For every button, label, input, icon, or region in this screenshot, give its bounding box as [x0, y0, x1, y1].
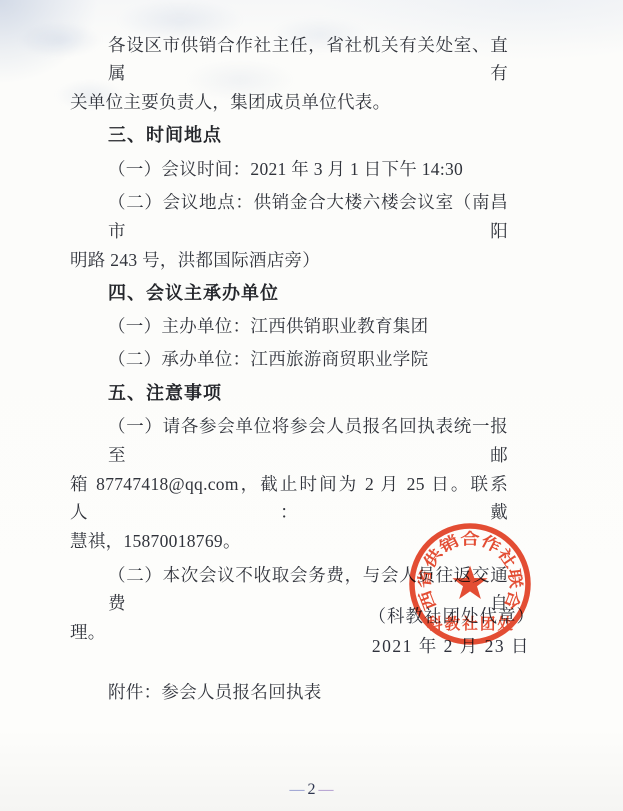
page-number: 2 — [308, 781, 316, 798]
document-line: 附件：参会人员报名回执表 — [70, 678, 508, 707]
document-line: （二）承办单位：江西旅游商贸职业学院 — [70, 345, 508, 374]
footer-dash-right: — — [319, 782, 334, 798]
seal-delegation-note: （科教社团处代章） — [369, 601, 536, 631]
document-line: 各设区市供销合作社主任，省社机关有关处室、直属有 — [70, 31, 508, 89]
section-heading: 五、注意事项 — [70, 379, 508, 408]
document-line: （一）请各参会单位将参会人员报名回执表统一报至邮 — [70, 412, 508, 470]
document-line: 明路 243 号，洪都国际酒店旁） — [70, 246, 508, 275]
document-line: （一）会议时间：2021 年 3 月 1 日下午 14:30 — [70, 155, 508, 184]
section-heading: 四、会议主承办单位 — [70, 279, 508, 308]
section-heading: 三、时间地点 — [70, 121, 508, 150]
signature-date: 2021 年 2 月 23 日 — [369, 631, 531, 661]
document-line: （二）会议地点：供销金合大楼六楼会议室（南昌市阳 — [70, 188, 508, 246]
signature-block: （科教社团处代章） 2021 年 2 月 23 日 — [369, 601, 536, 661]
document-line: 慧祺，15870018769。 — [70, 527, 508, 556]
document-line: 关单位主要负责人，集团成员单位代表。 — [70, 88, 508, 117]
document-line: （一）主办单位：江西供销职业教育集团 — [70, 312, 508, 341]
document-line: 箱 87747418@qq.com，截止时间为 2 月 25 日。联系人：戴 — [70, 470, 508, 528]
scanned-document-page: 各设区市供销合作社主任，省社机关有关处室、直属有关单位主要负责人，集团成员单位代… — [0, 0, 623, 811]
page-footer: —2— — [0, 782, 623, 798]
footer-dash-left: — — [290, 782, 305, 798]
